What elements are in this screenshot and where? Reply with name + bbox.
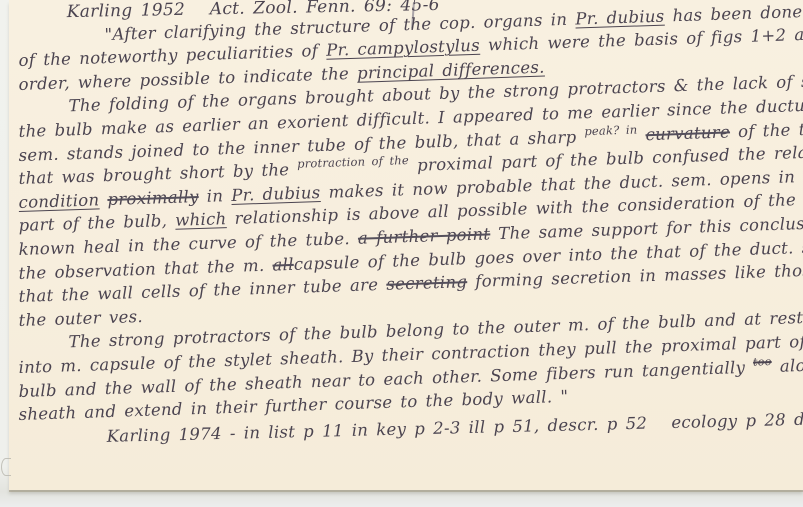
text-segment: has been done, a <box>664 1 803 26</box>
underlined-text: Pr. campylostylus <box>326 36 480 60</box>
text-segment: the outer ves. <box>18 307 143 330</box>
struck-text: all <box>272 254 294 274</box>
underlined-text: which <box>175 209 227 230</box>
underlined-text: condition <box>18 190 99 212</box>
underlined-text: Pr. dubius <box>231 183 321 205</box>
inserted-text: peak? in <box>584 122 637 138</box>
text-segment: along the <box>771 353 803 375</box>
text-segment: in <box>198 186 231 206</box>
scanned-card-photo: { "meta": { "description": "Handwritten … <box>0 0 803 507</box>
handwritten-text-block: Karling 1952 Act. Zool. Fenn. 69: 45-6 "… <box>19 2 803 450</box>
struck-text: curvature <box>645 122 730 144</box>
index-card: Karling 1952 Act. Zool. Fenn. 69: 45-6 "… <box>9 0 803 490</box>
paragraph: The folding of the organs brought about … <box>19 96 803 332</box>
card-paragraphs: "After clarifying the structure of the c… <box>19 26 803 427</box>
struck-text: secreting <box>386 272 468 294</box>
card-edge-smudge <box>1 458 11 476</box>
text-segment: of the tube <box>730 118 803 141</box>
text-segment: part of the bulb, <box>18 211 175 235</box>
struck-text: too <box>753 355 772 369</box>
struck-text: proximally <box>107 187 199 209</box>
underlined-text: Pr. dubius <box>575 6 665 28</box>
struck-text: a further point <box>358 224 491 247</box>
inserted-text: protraction of the <box>297 153 409 171</box>
